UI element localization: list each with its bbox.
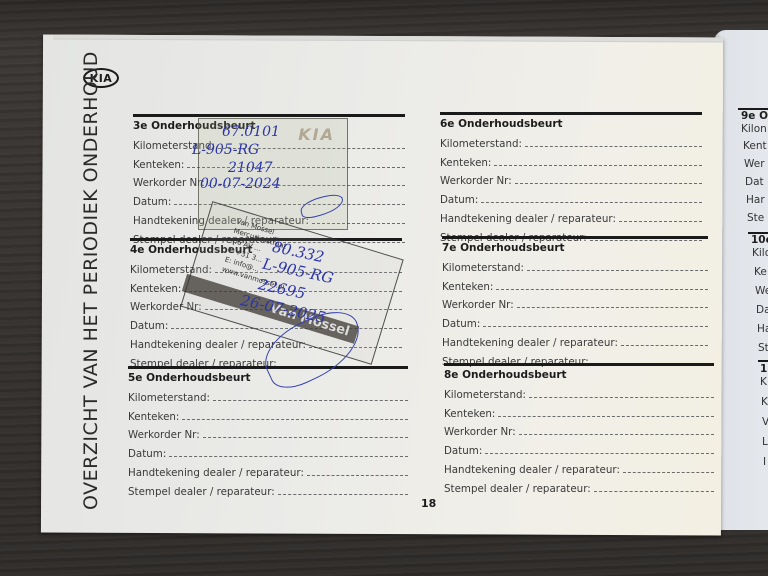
next-page-field: L (762, 436, 768, 448)
field-row[interactable]: Datum: (440, 187, 702, 206)
section-6e: 6e Onderhoudsbeurt Kilometerstand: Kente… (440, 112, 702, 244)
handwritten-werkorder-3e: 21047 (228, 160, 273, 176)
field-row[interactable]: Handtekening dealer / reparateur: (444, 457, 714, 476)
section-title: 7e Onderhoudsbeurt (442, 242, 708, 255)
next-page-field: Da (756, 304, 768, 316)
next-page-field: St (758, 342, 768, 354)
section-5e: 5e Onderhoudsbeurt Kilometerstand: Kente… (128, 366, 408, 498)
next-page-field: Kilon (741, 123, 767, 135)
handwritten-datum-3e: 00-07-2024 (200, 176, 281, 192)
handwritten-kenteken-3e: L-905-RG (192, 142, 259, 158)
next-page-field: Ste (747, 212, 764, 224)
handwritten-km-3e: 67.0101 (222, 124, 280, 140)
section-7e: 7e Onderhoudsbeurt Kilometerstand: Kente… (442, 236, 708, 368)
next-page-field: K (761, 396, 768, 408)
field-row[interactable]: Kenteken: (442, 274, 708, 293)
field-row[interactable]: Kenteken: (440, 150, 702, 169)
next-page-field: I (763, 456, 766, 468)
section-title: 6e Onderhoudsbeurt (440, 118, 702, 131)
field-row[interactable]: Werkorder Nr: (128, 423, 408, 442)
field-row[interactable]: Kilometerstand: (442, 255, 708, 274)
next-page-field: Kent (743, 140, 767, 152)
field-row[interactable]: Kenteken: (444, 401, 714, 420)
page-side-title: OVERZICHT VAN HET PERIODIEK ONDERHOUD (80, 51, 102, 510)
field-row[interactable]: Stempel dealer / reparateur: (444, 476, 714, 495)
next-page-field: K (760, 376, 767, 388)
field-row[interactable]: Datum: (128, 441, 408, 460)
next-page-field: Kilo (752, 247, 768, 259)
next-page-title: 10e (751, 234, 768, 246)
section-title: 8e Onderhoudsbeurt (444, 369, 714, 382)
field-row[interactable]: Stempel dealer / reparateur: (128, 479, 408, 498)
next-page-title: 11 (760, 363, 768, 375)
page-number: 18 (421, 497, 436, 510)
next-page-field: Dat (745, 176, 764, 188)
field-row[interactable]: Werkorder Nr: (444, 420, 714, 439)
next-page-field: Ha (757, 323, 768, 335)
next-page-field: V (762, 416, 768, 428)
next-page-field: Har (746, 194, 765, 206)
field-row[interactable]: Handtekening dealer / reparateur: (440, 206, 702, 225)
field-row[interactable]: Datum: (444, 438, 714, 457)
field-row[interactable]: Datum: (442, 311, 708, 330)
field-row[interactable]: Kenteken: (128, 404, 408, 423)
field-row[interactable]: Handtekening dealer / reparateur: (128, 460, 408, 479)
stamp-kia-mark: KIA (298, 125, 335, 144)
field-row[interactable]: Werkorder Nr: (440, 169, 702, 188)
next-page-rule (758, 360, 768, 362)
next-page-field: Ke (754, 266, 767, 278)
next-page-field: Wer (744, 158, 765, 170)
section-8e: 8e Onderhoudsbeurt Kilometerstand: Kente… (444, 363, 714, 495)
field-row[interactable]: Werkorder Nr: (442, 293, 708, 312)
field-row[interactable]: Handtekening dealer / reparateur: (442, 330, 708, 349)
next-page-field: We (755, 285, 768, 297)
next-page-title: 9e O (741, 110, 768, 122)
field-row[interactable]: Kilometerstand: (440, 131, 702, 150)
field-row[interactable]: Kilometerstand: (444, 382, 714, 401)
field-row[interactable]: Kilometerstand: (128, 385, 408, 404)
